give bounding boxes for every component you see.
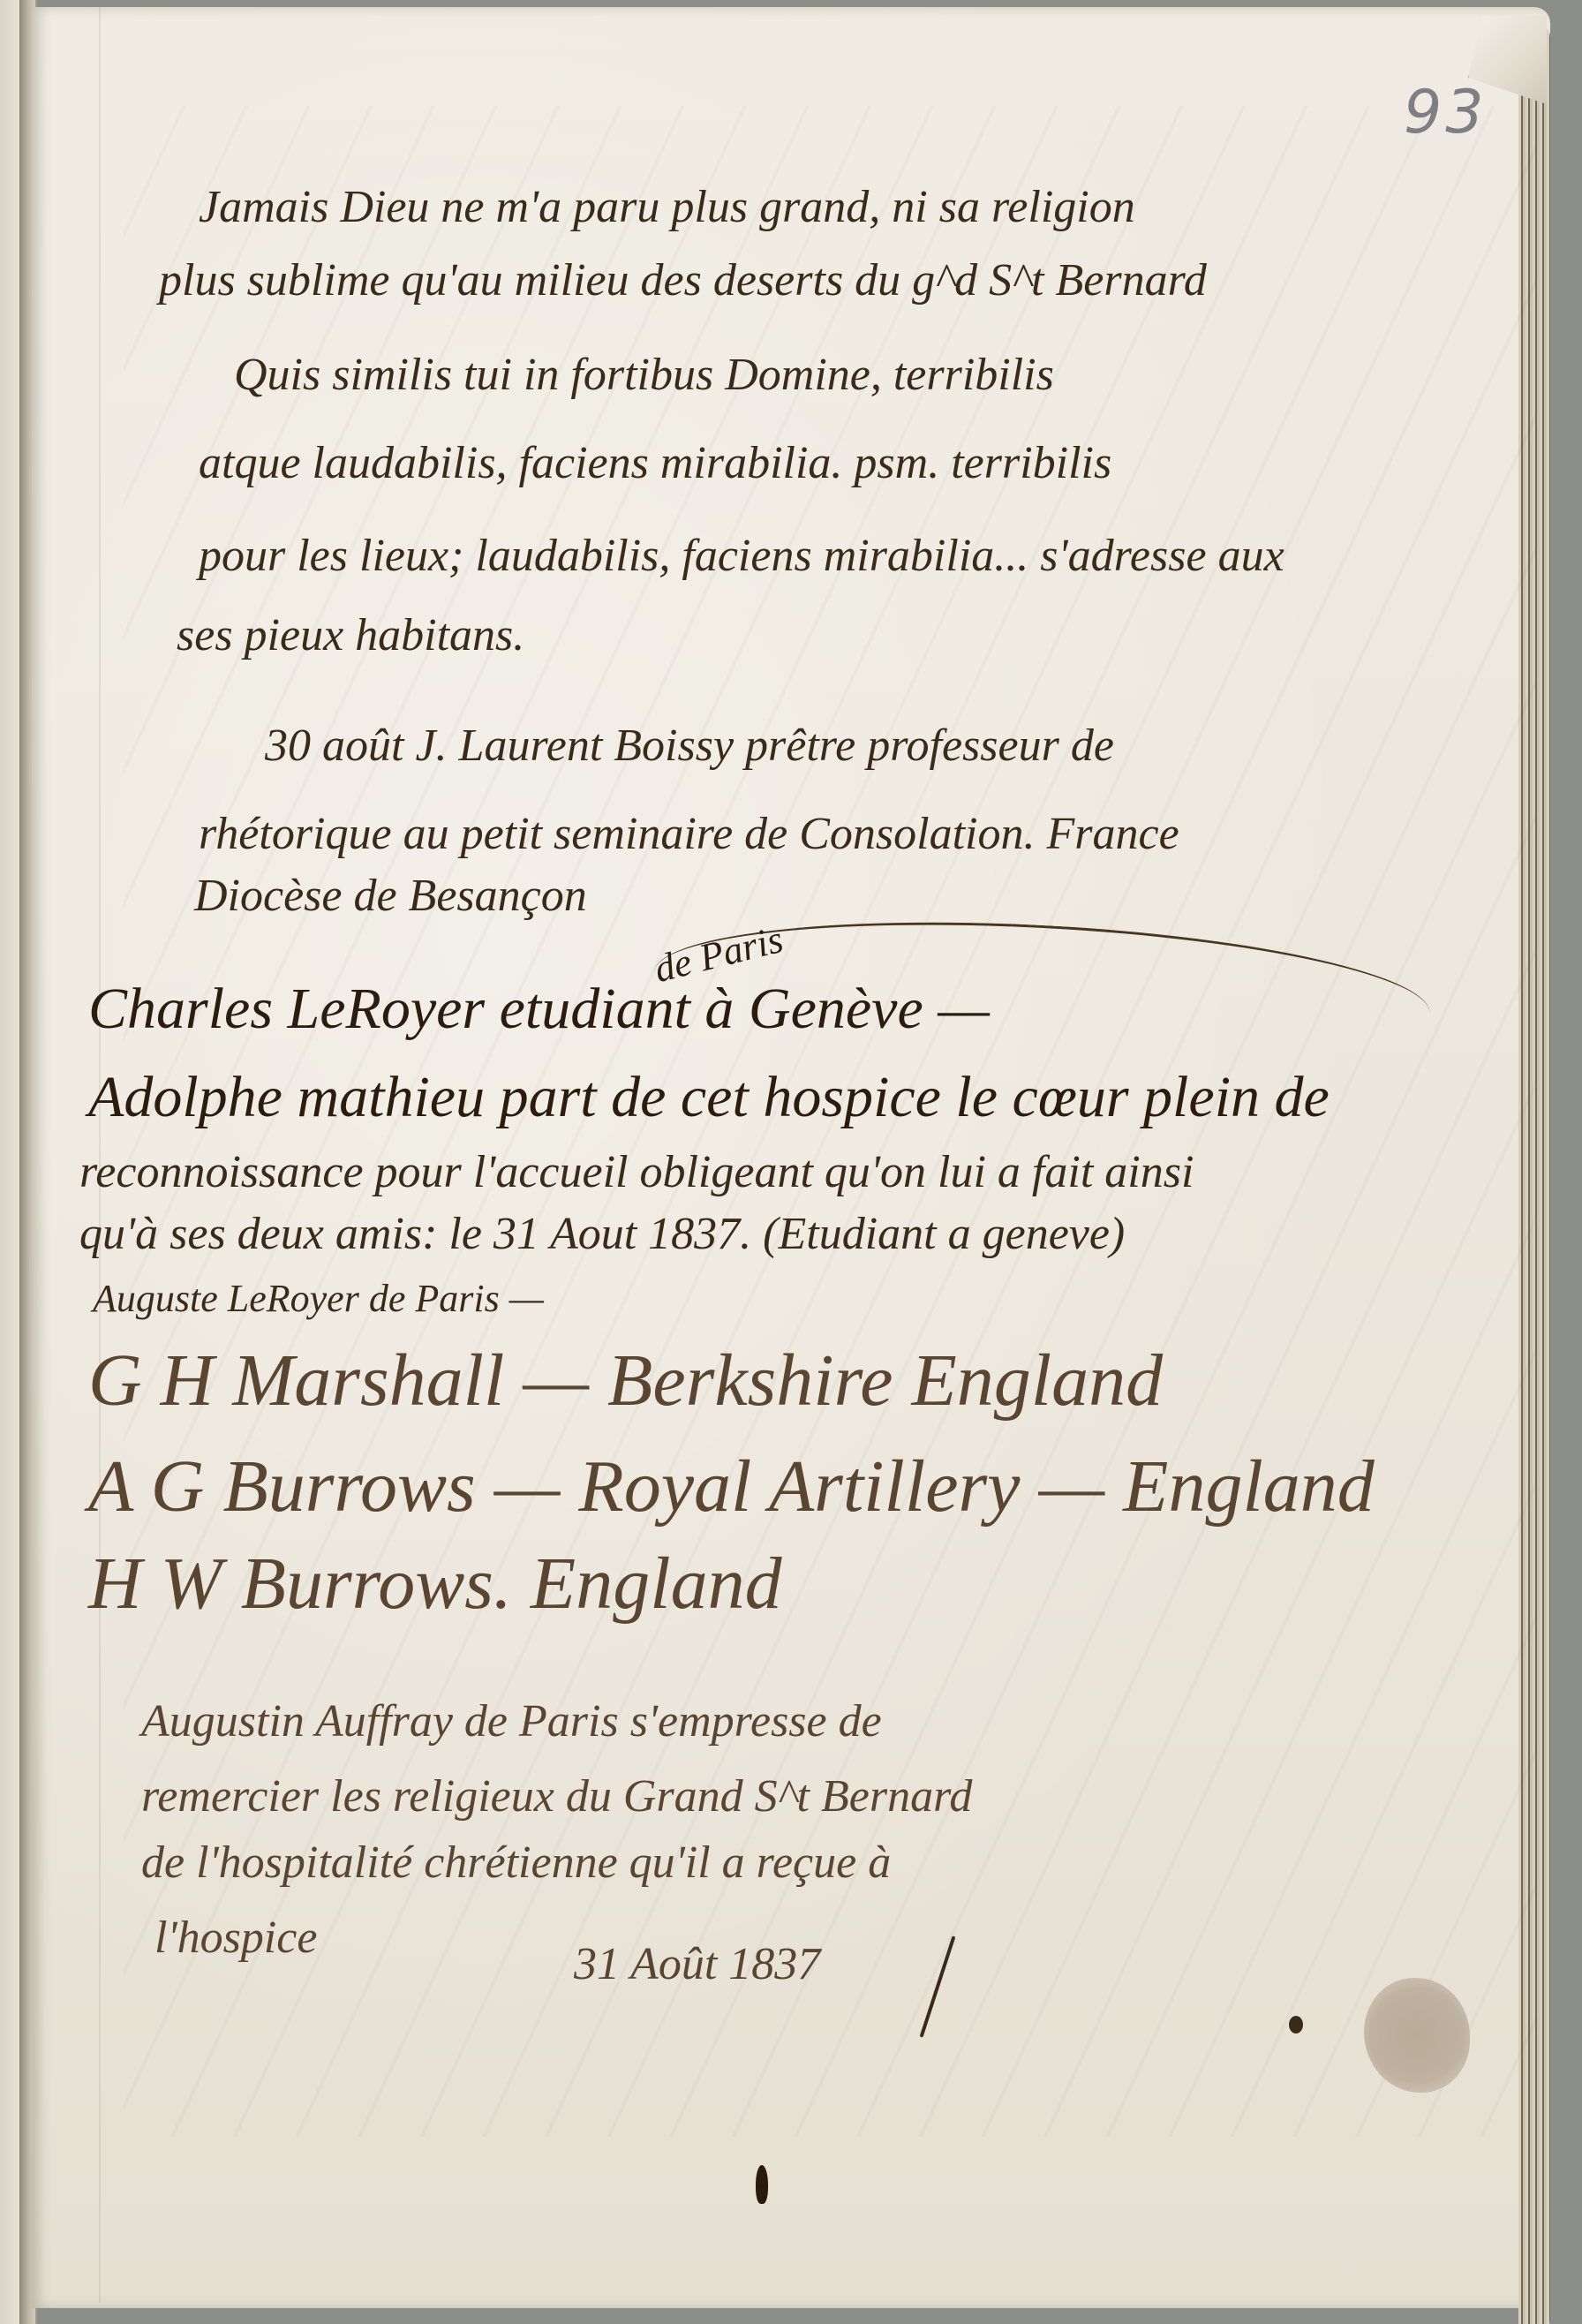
entry-1-line-6: ses pieux habitans. xyxy=(177,609,524,661)
entry-4-line-4: Auguste LeRoyer de Paris — xyxy=(93,1276,544,1321)
entry-5-line-1: G H Marshall — Berkshire England xyxy=(88,1338,1163,1423)
entry-1-line-5: pour les lieux; laudabilis, faciens mira… xyxy=(199,530,1284,582)
ink-spot xyxy=(1289,2016,1303,2033)
entry-4-line-1: Adolphe mathieu part de cet hospice le c… xyxy=(88,1064,1330,1131)
entry-4-line-2: reconnoissance pour l'accueil obligeant … xyxy=(79,1146,1194,1198)
entry-2-line-3: Diocèse de Besançon xyxy=(194,870,587,922)
entry-6-date: 31 Août 1837 xyxy=(574,1938,820,1990)
entry-1-line-4: atque laudabilis, faciens mirabilia. psm… xyxy=(199,437,1111,489)
entry-2-line-2: rhétorique au petit seminaire de Consola… xyxy=(199,808,1179,860)
entry-6-line-1: Augustin Auffray de Paris s'empresse de xyxy=(141,1695,882,1747)
entry-6-line-2: remercier les religieux du Grand S^t Ber… xyxy=(141,1770,972,1822)
entry-1-line-1: Jamais Dieu ne m'a paru plus grand, ni s… xyxy=(199,181,1135,233)
entry-1-line-2: plus sublime qu'au milieu des deserts du… xyxy=(159,254,1207,306)
entry-3-line-1: Charles LeRoyer etudiant à Genève — xyxy=(88,976,990,1043)
entry-6-line-3: de l'hospitalité chrétienne qu'il a reçu… xyxy=(141,1837,891,1889)
ink-drip xyxy=(756,2165,768,2204)
entry-4-line-3: qu'à ses deux amis: le 31 Aout 1837. (Et… xyxy=(79,1208,1125,1260)
entry-2-line-1: 30 août J. Laurent Boissy prêtre profess… xyxy=(265,720,1114,772)
folio-number: 93 xyxy=(1404,78,1488,147)
entry-6-line-4: l'hospice xyxy=(154,1912,317,1964)
entry-1-line-3: Quis similis tui in fortibus Domine, ter… xyxy=(234,349,1054,401)
page-stack-edges xyxy=(1518,25,1550,2324)
entry-5-line-2: A G Burrows — Royal Artillery — England xyxy=(88,1444,1375,1529)
entry-5-line-3: H W Burrows. England xyxy=(88,1541,782,1626)
